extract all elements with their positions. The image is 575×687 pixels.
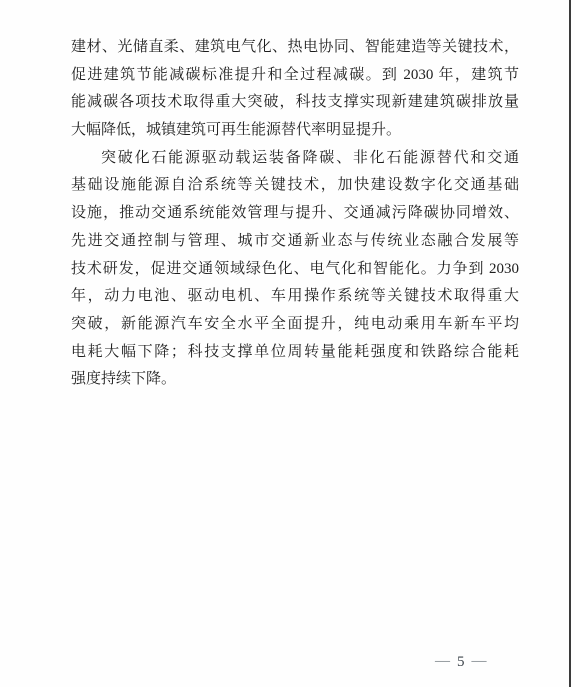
text-line: 年，动力电池、驱动电机、车用操作系统等关键技术取得重大 <box>71 283 519 311</box>
paragraph-transport-carbon: 突破化石能源驱动载运装备降碳、非化石能源替代和交通 基础设施能源自洽系统等关键技… <box>71 145 519 394</box>
text-line: 促进建筑节能减碳标准提升和全过程减碳。到 2030 年，建筑节 <box>71 62 519 90</box>
text-line: 设施，推动交通系统能效管理与提升、交通减污降碳协同增效、 <box>71 200 519 228</box>
scan-right-edge-line <box>569 0 571 687</box>
page-number-dash-left: — <box>435 652 450 670</box>
text-line: 突破，新能源汽车安全水平全面提升，纯电动乘用车新车平均 <box>71 311 519 339</box>
page-number-dash-right: — <box>472 652 487 670</box>
body-text: 建材、光储直柔、建筑电气化、热电协同、智能建造等关键技术， 促进建筑节能减碳标准… <box>71 34 519 394</box>
text-line: 先进交通控制与管理、城市交通新业态与传统业态融合发展等 <box>71 228 519 256</box>
document-page: 建材、光储直柔、建筑电气化、热电协同、智能建造等关键技术， 促进建筑节能减碳标准… <box>0 0 575 687</box>
text-line: 大幅降低，城镇建筑可再生能源替代率明显提升。 <box>71 117 519 145</box>
text-line: 强度持续下降。 <box>71 366 519 394</box>
text-line: 电耗大幅下降；科技支撑单位周转量能耗强度和铁路综合能耗 <box>71 339 519 367</box>
text-line: 建材、光储直柔、建筑电气化、热电协同、智能建造等关键技术， <box>71 34 519 62</box>
text-line: 技术研发，促进交通领域绿色化、电气化和智能化。力争到 2030 <box>71 256 519 284</box>
page-number: — 5 — <box>435 653 487 671</box>
page-number-value: 5 <box>457 653 465 671</box>
text-line: 能减碳各项技术取得重大突破，科技支撑实现新建建筑碳排放量 <box>71 89 519 117</box>
text-line: 基础设施能源自洽系统等关键技术，加快建设数字化交通基础 <box>71 172 519 200</box>
text-line: 突破化石能源驱动载运装备降碳、非化石能源替代和交通 <box>71 145 519 173</box>
paragraph-building-carbon: 建材、光储直柔、建筑电气化、热电协同、智能建造等关键技术， 促进建筑节能减碳标准… <box>71 34 519 145</box>
